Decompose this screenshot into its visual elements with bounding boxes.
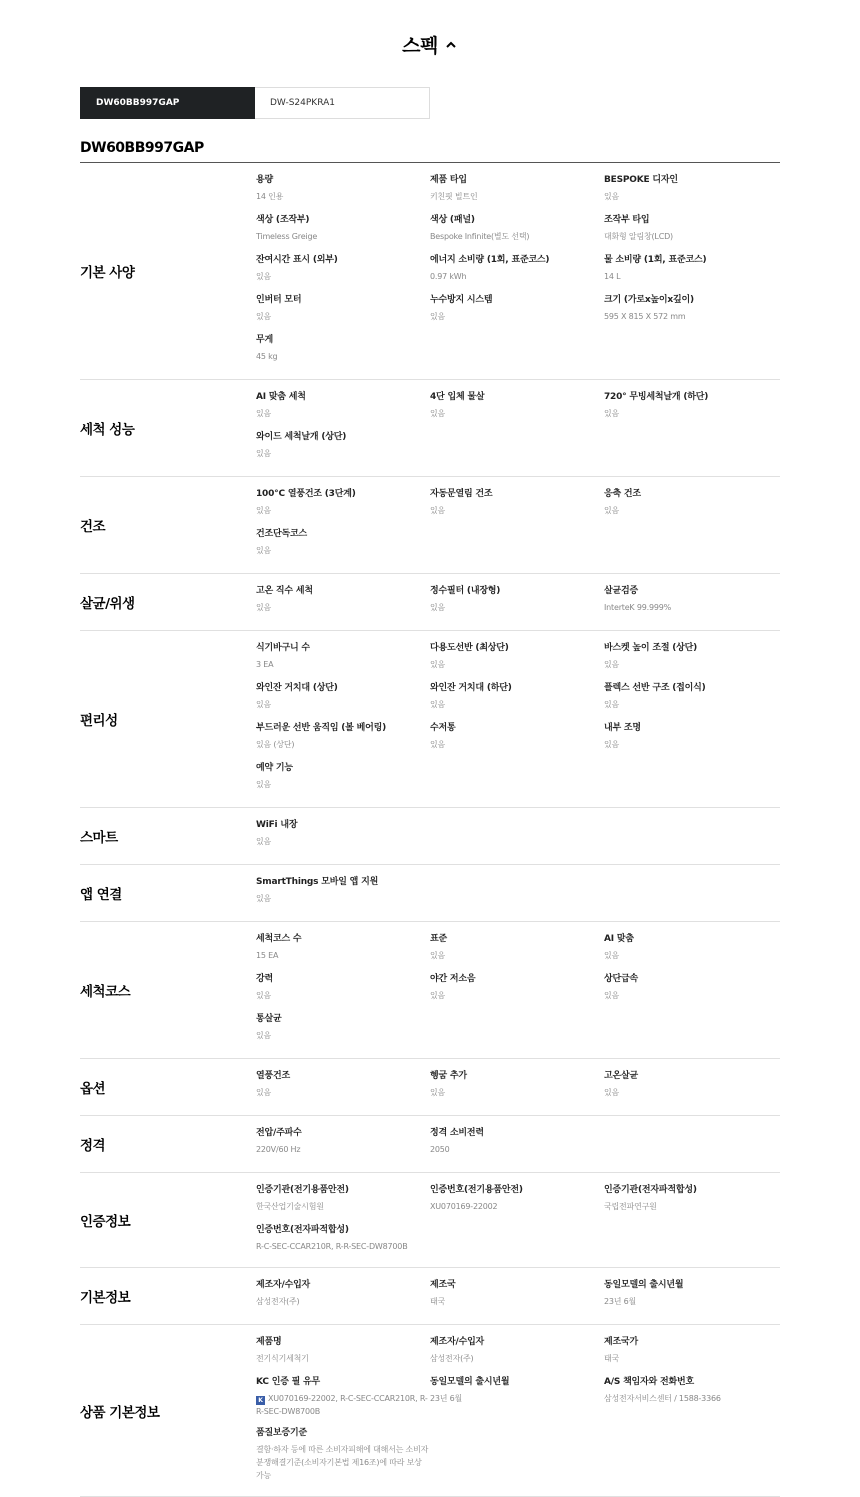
spec-item: 통살균있음 [256,1012,430,1052]
spec-item-label: 제조자/수입자 [256,1278,430,1292]
model-tabs: DW60BB997GAP DW-S24PKRA1 [80,87,430,119]
spec-item-label: 응축 건조 [604,487,778,501]
spec-item-value: 14 인용 [256,190,430,203]
spec-section: 옵션열풍건조있음헹굼 추가있음고온살균있음 [80,1059,780,1116]
spec-item-value: 삼성전자(주) [430,1352,604,1365]
spec-item-value: 있음 [256,778,430,791]
spec-items-grid: 고온 직수 세척있음정수필터 (내장형)있음살균검증InterteK 99.99… [256,574,780,630]
spec-item-value: 있음 [604,989,778,1002]
spec-category-label: 앱 연결 [80,865,256,921]
spec-section: 앱 연결SmartThings 모바일 앱 지원있음 [80,865,780,922]
spec-item: 제조자/수입자삼성전자(주) [430,1335,604,1375]
spec-item-value: 있음 [430,310,604,323]
spec-item-value: 있음 [256,504,430,517]
spec-item-value: 있음 [430,989,604,1002]
spec-item: 에너지 소비량 (1회, 표준코스)0.97 kWh [430,253,604,293]
spec-item-value: 15 EA [256,949,430,962]
spec-section: 살균/위생고온 직수 세척있음정수필터 (내장형)있음살균검증InterteK … [80,574,780,631]
spec-item-label: 부드러운 선반 움직임 (볼 베어링) [256,721,430,735]
spec-item-value: 있음 [430,738,604,751]
spec-item-value: 국립전파연구원 [604,1200,778,1213]
spec-item-label: 품질보증기준 [256,1426,430,1440]
spec-item-value: 있음 [256,270,430,283]
spec-item-label: 표준 [430,932,604,946]
spec-item-value: 595 X 815 X 572 mm [604,310,778,323]
spec-item: 헹굼 추가있음 [430,1069,604,1109]
spec-item: 식기바구니 수3 EA [256,641,430,681]
spec-item: 정격 소비전력2050 [430,1126,604,1166]
spec-items-grid: 인증기관(전기용품안전)한국산업기술시험원인증번호(전기용품안전)XU07016… [256,1173,780,1267]
spec-item-value: 있음 [604,504,778,517]
spec-item: 색상 (조작부)Timeless Greige [256,213,430,253]
spec-item-value: 있음 [256,989,430,1002]
spec-item-value: 있음 [604,658,778,671]
spec-item: 와인잔 거치대 (하단)있음 [430,681,604,721]
spec-section: 세척코스세척코스 수15 EA표준있음AI 맞춤있음강력있음야간 저소음있음상단… [80,922,780,1059]
spec-item-label: 조작부 타입 [604,213,778,227]
spec-item: 응축 건조있음 [604,487,778,527]
spec-item: 제조국가태국 [604,1335,778,1375]
spec-item-value: 있음 [256,601,430,614]
spec-item: 제품 타입키친핏 빌트인 [430,173,604,213]
spec-item: 조작부 타입대화형 알림창(LCD) [604,213,778,253]
spec-item-label: 와인잔 거치대 (상단) [256,681,430,695]
spec-item-value: 태국 [430,1295,604,1308]
spec-item: 플렉스 선반 구조 (접이식)있음 [604,681,778,721]
spec-item: 누수방지 시스템있음 [430,293,604,333]
spec-item-label: 건조단독코스 [256,527,430,541]
spec-item-label: 색상 (패널) [430,213,604,227]
spec-item-label: 무게 [256,333,430,347]
spec-item: 세척코스 수15 EA [256,932,430,972]
spec-item-label: 다용도선반 (최상단) [430,641,604,655]
spec-item: 100°C 열풍건조 (3단계)있음 [256,487,430,527]
spec-item: 수저통있음 [430,721,604,761]
spec-item: 동일모델의 출시년월23년 6월 [430,1375,604,1415]
spec-table: 기본 사양용량14 인용제품 타입키친핏 빌트인BESPOKE 디자인있음색상 … [80,163,780,1497]
spec-item: 용량14 인용 [256,173,430,213]
spec-item-label: 인버터 모터 [256,293,430,307]
spec-items-grid: 제조자/수입자삼성전자(주)제조국태국동일모델의 출시년월23년 6월 [256,1268,780,1324]
spec-category-label: 살균/위생 [80,574,256,630]
spec-item-label: 와인잔 거치대 (하단) [430,681,604,695]
spec-item-label: 제품명 [256,1335,430,1349]
spec-item-label: 세척코스 수 [256,932,430,946]
spec-item-value: Bespoke Infinite(별도 선택) [430,230,604,243]
spec-item: 제품명전기식기세척기 [256,1335,430,1375]
spec-item-label: 물 소비량 (1회, 표준코스) [604,253,778,267]
spec-items-grid: 열풍건조있음헹굼 추가있음고온살균있음 [256,1059,780,1115]
spec-page: 스펙 DW60BB997GAP DW-S24PKRA1 DW60BB997GAP… [0,0,860,1497]
spec-item: 인증번호(전자파적합성)R-C-SEC-CCAR210R, R-R-SEC-DW… [256,1223,430,1261]
spec-title: 스펙 [402,31,438,58]
spec-item-label: 정수필터 (내장형) [430,584,604,598]
spec-item: BESPOKE 디자인있음 [604,173,778,213]
spec-item: 바스켓 높이 조절 (상단)있음 [604,641,778,681]
spec-item-value: 태국 [604,1352,778,1365]
spec-item-value: 있음 [604,1086,778,1099]
spec-item: 다용도선반 (최상단)있음 [430,641,604,681]
spec-category-label: 건조 [80,477,256,573]
spec-item-label: 바스켓 높이 조절 (상단) [604,641,778,655]
spec-item: WiFi 내장있음 [256,818,430,858]
spec-section: 인증정보인증기관(전기용품안전)한국산업기술시험원인증번호(전기용품안전)XU0… [80,1173,780,1268]
spec-category-label: 상품 기본정보 [80,1325,256,1496]
spec-item-label: 동일모델의 출시년월 [430,1375,604,1389]
spec-item-label: 색상 (조작부) [256,213,430,227]
spec-item-value: 있음 [256,835,430,848]
spec-item-value-text: XU070169-22002, R-C-SEC-CCAR210R, R-R-SE… [256,1394,428,1416]
spec-item-label: BESPOKE 디자인 [604,173,778,187]
spec-item-value: XU070169-22002 [430,1200,604,1213]
spec-category-label: 기본 사양 [80,163,256,379]
spec-item-label: 인증기관(전자파적합성) [604,1183,778,1197]
tab-model-2[interactable]: DW-S24PKRA1 [255,87,430,119]
spec-item-label: 식기바구니 수 [256,641,430,655]
spec-item: 물 소비량 (1회, 표준코스)14 L [604,253,778,293]
spec-item-value: R-C-SEC-CCAR210R, R-R-SEC-DW8700B [256,1240,430,1253]
spec-item-label: AI 맞춤 [604,932,778,946]
spec-section: 편리성식기바구니 수3 EA다용도선반 (최상단)있음바스켓 높이 조절 (상단… [80,631,780,808]
spec-item: 와이드 세척날개 (상단)있음 [256,430,430,470]
spec-item: 열풍건조있음 [256,1069,430,1109]
spec-item-label: 와이드 세척날개 (상단) [256,430,430,444]
spec-item-label: 열풍건조 [256,1069,430,1083]
spec-item-value: 삼성전자서비스센터 / 1588-3366 [604,1392,778,1405]
spec-item: 살균검증InterteK 99.999% [604,584,778,624]
spec-items-grid: AI 맞춤 세척있음4단 입체 물살있음720° 무빙세척날개 (하단)있음와이… [256,380,780,476]
chevron-up-icon [444,38,458,52]
spec-item-label: 제조국 [430,1278,604,1292]
spec-item: 정수필터 (내장형)있음 [430,584,604,624]
spec-item-label: 정격 소비전력 [430,1126,604,1140]
spec-item-label: 인증번호(전자파적합성) [256,1223,430,1237]
spec-item-value: 결함·하자 등에 따른 소비자피해에 대해서는 소비자분쟁해결기준(소비자기본법… [256,1443,430,1482]
spec-item-label: KC 인증 필 유무 [256,1375,430,1389]
spec-items-grid: 세척코스 수15 EA표준있음AI 맞춤있음강력있음야간 저소음있음상단급속있음… [256,922,780,1058]
spec-section: 상품 기본정보제품명전기식기세척기제조자/수입자삼성전자(주)제조국가태국KC … [80,1325,780,1497]
spec-section: 정격전압/주파수220V/60 Hz정격 소비전력2050 [80,1116,780,1173]
spec-item: 예약 기능있음 [256,761,430,801]
spec-item-label: 상단급속 [604,972,778,986]
model-name-heading: DW60BB997GAP [80,140,780,163]
spec-item: 동일모델의 출시년월23년 6월 [604,1278,778,1318]
spec-item-value: 있음 [430,658,604,671]
spec-item: 부드러운 선반 움직임 (볼 베어링)있음 (상단) [256,721,430,761]
spec-section: 건조100°C 열풍건조 (3단계)있음자동문열림 건조있음응축 건조있음건조단… [80,477,780,574]
spec-item-label: 720° 무빙세척날개 (하단) [604,390,778,404]
spec-item-label: 통살균 [256,1012,430,1026]
spec-section: 스마트WiFi 내장있음 [80,808,780,865]
spec-item-value: 220V/60 Hz [256,1143,430,1156]
spec-item: SmartThings 모바일 앱 지원있음 [256,875,430,915]
spec-item-value: 있음 [430,698,604,711]
spec-item: 자동문열림 건조있음 [430,487,604,527]
spec-item-label: A/S 책임자와 전화번호 [604,1375,778,1389]
spec-category-label: 세척 성능 [80,380,256,476]
spec-item: 4단 입체 물살있음 [430,390,604,430]
spec-item-value: 있음 [256,544,430,557]
spec-item-value: 0.97 kWh [430,270,604,283]
spec-item-label: 예약 기능 [256,761,430,775]
spec-item-value: 있음 [604,190,778,203]
spec-item-label: 잔여시간 표시 (외부) [256,253,430,267]
spec-item-label: 누수방지 시스템 [430,293,604,307]
spec-item-value: 있음 [256,1029,430,1042]
spec-category-label: 정격 [80,1116,256,1172]
spec-item: 전압/주파수220V/60 Hz [256,1126,430,1166]
spec-category-label: 옵션 [80,1059,256,1115]
spec-category-label: 기본정보 [80,1268,256,1324]
spec-item: AI 맞춤있음 [604,932,778,972]
spec-item-value: 14 L [604,270,778,283]
spec-item-value: 있음 [604,407,778,420]
spec-item-label: 인증번호(전기용품안전) [430,1183,604,1197]
spec-item: 인버터 모터있음 [256,293,430,333]
spec-items-grid: 용량14 인용제품 타입키친핏 빌트인BESPOKE 디자인있음색상 (조작부)… [256,163,780,379]
spec-item-value: 한국산업기술시험원 [256,1200,430,1213]
spec-item-value: 있음 [256,698,430,711]
spec-item-value: 있음 [604,738,778,751]
spec-item-value: KXU070169-22002, R-C-SEC-CCAR210R, R-R-S… [256,1392,430,1418]
spec-items-grid: SmartThings 모바일 앱 지원있음 [256,865,780,921]
spec-item: 720° 무빙세척날개 (하단)있음 [604,390,778,430]
spec-item: 표준있음 [430,932,604,972]
spec-item-label: 크기 (가로x높이x깊이) [604,293,778,307]
spec-item: 강력있음 [256,972,430,1012]
spec-item-value: 키친핏 빌트인 [430,190,604,203]
spec-item-value: 있음 [604,949,778,962]
spec-item-value: Timeless Greige [256,230,430,243]
spec-item: 색상 (패널)Bespoke Infinite(별도 선택) [430,213,604,253]
spec-items-grid: 전압/주파수220V/60 Hz정격 소비전력2050 [256,1116,780,1172]
spec-item-value: 있음 [256,1086,430,1099]
spec-item: AI 맞춤 세척있음 [256,390,430,430]
spec-item-label: 제품 타입 [430,173,604,187]
spec-item: 고온살균있음 [604,1069,778,1109]
spec-item-value: 있음 [256,447,430,460]
spec-category-label: 편리성 [80,631,256,807]
spec-item: 무게45 kg [256,333,430,373]
spec-item-value: 3 EA [256,658,430,671]
spec-section: 세척 성능AI 맞춤 세척있음4단 입체 물살있음720° 무빙세척날개 (하단… [80,380,780,477]
spec-item-label: 야간 저소음 [430,972,604,986]
spec-item-label: SmartThings 모바일 앱 지원 [256,875,430,889]
spec-item-label: 전압/주파수 [256,1126,430,1140]
spec-item-value: 있음 [430,949,604,962]
spec-item-value: InterteK 99.999% [604,601,778,614]
spec-item-label: 고온 직수 세척 [256,584,430,598]
spec-category-label: 세척코스 [80,922,256,1058]
spec-item-value: 있음 [430,601,604,614]
spec-section: 기본정보제조자/수입자삼성전자(주)제조국태국동일모델의 출시년월23년 6월 [80,1268,780,1325]
spec-item: A/S 책임자와 전화번호삼성전자서비스센터 / 1588-3366 [604,1375,778,1415]
spec-item-label: 동일모델의 출시년월 [604,1278,778,1292]
spec-item-value: 있음 [256,407,430,420]
spec-item: 인증기관(전자파적합성)국립전파연구원 [604,1183,778,1223]
spec-item-value: 대화형 알림창(LCD) [604,230,778,243]
spec-toggle-button[interactable]: 스펙 [402,31,458,58]
spec-item-label: 고온살균 [604,1069,778,1083]
spec-items-grid: 100°C 열풍건조 (3단계)있음자동문열림 건조있음응축 건조있음건조단독코… [256,477,780,573]
spec-item-value: 전기식기세척기 [256,1352,430,1365]
spec-item-value: 있음 [430,504,604,517]
spec-item: 인증번호(전기용품안전)XU070169-22002 [430,1183,604,1223]
spec-items-grid: 식기바구니 수3 EA다용도선반 (최상단)있음바스켓 높이 조절 (상단)있음… [256,631,780,807]
spec-item: KC 인증 필 유무KXU070169-22002, R-C-SEC-CCAR2… [256,1375,430,1426]
spec-item-label: 용량 [256,173,430,187]
spec-item-label: 내부 조명 [604,721,778,735]
spec-item-value: 있음 [256,310,430,323]
spec-item-label: 4단 입체 물살 [430,390,604,404]
spec-items-grid: 제품명전기식기세척기제조자/수입자삼성전자(주)제조국가태국KC 인증 필 유무… [256,1325,780,1496]
spec-item-label: 강력 [256,972,430,986]
spec-section: 기본 사양용량14 인용제품 타입키친핏 빌트인BESPOKE 디자인있음색상 … [80,163,780,380]
spec-item: 품질보증기준결함·하자 등에 따른 소비자피해에 대해서는 소비자분쟁해결기준(… [256,1426,430,1490]
spec-item-label: 플렉스 선반 구조 (접이식) [604,681,778,695]
spec-item-label: WiFi 내장 [256,818,430,832]
spec-item: 고온 직수 세척있음 [256,584,430,624]
spec-item-value: 45 kg [256,350,430,363]
spec-item-value: 23년 6월 [430,1392,604,1405]
spec-item: 잔여시간 표시 (외부)있음 [256,253,430,293]
spec-item: 제조자/수입자삼성전자(주) [256,1278,430,1318]
spec-item-label: AI 맞춤 세척 [256,390,430,404]
spec-item-value: 있음 (상단) [256,738,430,751]
spec-item: 제조국태국 [430,1278,604,1318]
spec-item-label: 제조자/수입자 [430,1335,604,1349]
spec-item-label: 자동문열림 건조 [430,487,604,501]
spec-item-label: 인증기관(전기용품안전) [256,1183,430,1197]
spec-item: 크기 (가로x높이x깊이)595 X 815 X 572 mm [604,293,778,333]
tab-model-1[interactable]: DW60BB997GAP [80,87,255,119]
spec-header: 스펙 [80,0,780,87]
spec-item-label: 헹굼 추가 [430,1069,604,1083]
spec-items-grid: WiFi 내장있음 [256,808,780,864]
spec-item: 인증기관(전기용품안전)한국산업기술시험원 [256,1183,430,1223]
spec-item-label: 에너지 소비량 (1회, 표준코스) [430,253,604,267]
spec-item-value: 있음 [430,1086,604,1099]
spec-item: 상단급속있음 [604,972,778,1012]
spec-item: 야간 저소음있음 [430,972,604,1012]
spec-category-label: 스마트 [80,808,256,864]
spec-item-label: 수저통 [430,721,604,735]
spec-item: 건조단독코스있음 [256,527,430,567]
spec-item-value: 삼성전자(주) [256,1295,430,1308]
spec-category-label: 인증정보 [80,1173,256,1267]
spec-item-value: 있음 [256,892,430,905]
spec-item-value: 있음 [430,407,604,420]
spec-item: 와인잔 거치대 (상단)있음 [256,681,430,721]
spec-item-label: 살균검증 [604,584,778,598]
spec-item-value: 23년 6월 [604,1295,778,1308]
spec-item-label: 제조국가 [604,1335,778,1349]
spec-item-value: 있음 [604,698,778,711]
spec-item: 내부 조명있음 [604,721,778,761]
spec-item-value: 2050 [430,1143,604,1156]
spec-item-label: 100°C 열풍건조 (3단계) [256,487,430,501]
kc-mark-icon: K [256,1396,265,1405]
